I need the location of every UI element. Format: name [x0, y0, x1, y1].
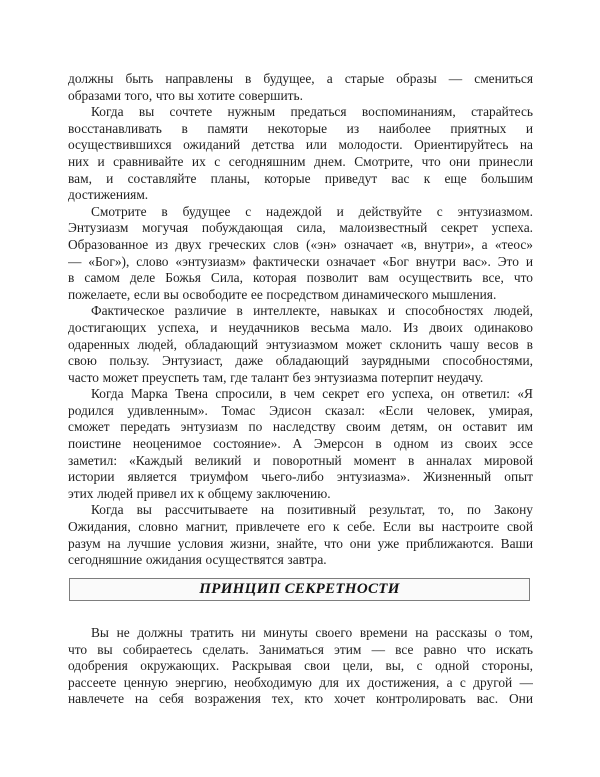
text-line: одаренных людей, обладающий энтузиазмом …: [68, 337, 533, 354]
text-line: в самом деле Божья Сила, которая позволи…: [68, 270, 533, 287]
text-line: должны быть направлены в будущее, а стар…: [68, 71, 533, 88]
text-block-bottom: Вы не должны тратить ни минуты своего вр…: [68, 625, 533, 708]
text-line: вам, и составляйте планы, которые привед…: [68, 171, 533, 188]
text-line: сможет передать энтузиазм по наследству …: [68, 419, 533, 436]
text-line: рассеете ценную энергию, необходимую для…: [68, 675, 533, 692]
section-heading-box: ПРИНЦИП СЕКРЕТНОСТИ: [69, 578, 530, 601]
book-page: должны быть направлены в будущее, а стар…: [0, 0, 600, 777]
text-line: них и сравнивайте их с сегодняшним днем.…: [68, 154, 533, 171]
text-line: Энтузиазм могучая побуждающая сила, мало…: [68, 220, 533, 237]
text-line: достижениям.: [68, 187, 533, 204]
text-line: осуществившихся ожиданий детства или мол…: [68, 137, 533, 154]
text-line: навлечете на себя возражения тех, кто хо…: [68, 691, 533, 708]
paragraph: Когда Марка Твена спросили, в чем секрет…: [68, 386, 533, 502]
text-line: родился удивленным». Томас Эдисон сказал…: [68, 403, 533, 420]
text-line: Фактическое различие в интеллекте, навык…: [68, 303, 533, 320]
text-line: поистине неоценимое состояние». А Эмерсо…: [68, 436, 533, 453]
paragraph: Вы не должны тратить ни минуты своего вр…: [68, 625, 533, 708]
text-line: что вы собираетесь сделать. Заниматься э…: [68, 642, 533, 659]
paragraph: Когда вы рассчитываете на позитивный рез…: [68, 502, 533, 568]
text-line: восстанавливать в памяти некоторые из на…: [68, 121, 533, 138]
text-line: этих людей привел их к общему заключению…: [68, 486, 533, 503]
text-line: часто может преуспеть там, где талант бе…: [68, 370, 533, 387]
text-line: достигающих успеха, и неудачников весьма…: [68, 320, 533, 337]
text-line: Вы не должны тратить ни минуты своего вр…: [68, 625, 533, 642]
text-line: образами того, что вы хотите совершить.: [68, 88, 533, 105]
text-line: истории является триумфом чьего-либо энт…: [68, 469, 533, 486]
text-line: — «Бог»), слово «энтузиазм» фактически о…: [68, 254, 533, 271]
text-line: заметил: «Каждый великий и поворотный мо…: [68, 453, 533, 470]
text-line: разум на лучшие условия жизни, знайте, ч…: [68, 536, 533, 553]
section-heading: ПРИНЦИП СЕКРЕТНОСТИ: [199, 581, 399, 597]
paragraph: должны быть направлены в будущее, а стар…: [68, 71, 533, 104]
text-line: свою пользу. Энтузиаст, даже обладающий …: [68, 353, 533, 370]
paragraph: Фактическое различие в интеллекте, навык…: [68, 303, 533, 386]
text-line: Смотрите в будущее с надеждой и действуй…: [68, 204, 533, 221]
text-line: Ожидания, словно магнит, привлечете его …: [68, 519, 533, 536]
text-line: Когда вы рассчитываете на позитивный рез…: [68, 502, 533, 519]
text-line: одобрения окружающих. Раскрывая свои цел…: [68, 658, 533, 675]
paragraph: Смотрите в будущее с надеждой и действуй…: [68, 204, 533, 304]
paragraph: Когда вы сочтете нужным предаться воспом…: [68, 104, 533, 204]
text-line: Когда Марка Твена спросили, в чем секрет…: [68, 386, 533, 403]
text-line: сегодняшние ожидания осуществятся завтра…: [68, 552, 533, 569]
text-line: пожелаете, если вы освободите ее посредс…: [68, 287, 533, 304]
text-line: Когда вы сочтете нужным предаться воспом…: [68, 104, 533, 121]
text-block-top: должны быть направлены в будущее, а стар…: [68, 71, 533, 569]
text-line: Образованное из двух греческих слов («эн…: [68, 237, 533, 254]
